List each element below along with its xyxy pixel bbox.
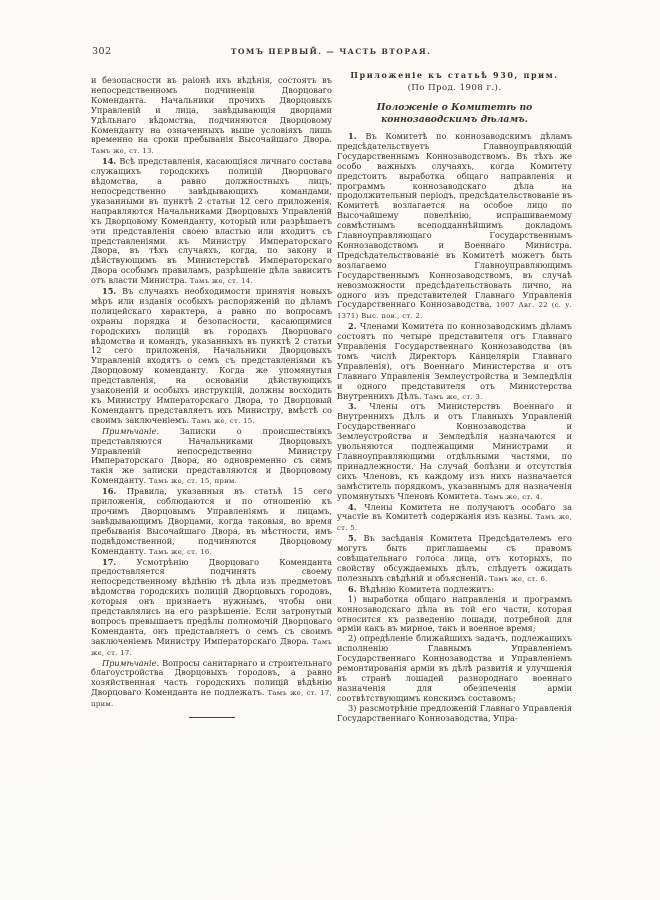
item-number: 1) <box>348 594 363 604</box>
statute-article-5: 5. Въ засѣданія Комитета Предсѣдателемъ … <box>337 534 572 585</box>
appendix-subheading: (По Прод. 1908 г.). <box>337 83 572 93</box>
article-number: 16. <box>102 486 127 496</box>
duty-item-1: 1) выработка общаго направленія и програ… <box>337 595 572 635</box>
statute-article-2: 2. Членами Комитета по коннозаводскимъ д… <box>337 322 572 402</box>
paragraph-text: выработка общаго направленія и программъ… <box>337 594 572 634</box>
paragraph-text: Въ случаяхъ необходимости принятія новых… <box>91 286 332 425</box>
note-to-article-17: Примѣчаніе. Вопросы санитарнаго и строит… <box>91 659 332 711</box>
item-number: 3) <box>348 703 359 713</box>
appendix-heading: Приложеніе къ статьѣ 930, прим. <box>337 70 572 81</box>
section-end-rule <box>189 717 235 718</box>
citation: Тамъ же, ст. 15. <box>189 417 255 425</box>
item-number: 2) <box>348 633 360 643</box>
paragraph-text: разсмотрѣніе предложеній Главнаго Управл… <box>337 703 572 723</box>
duty-item-2: 2) опредѣленіе ближайшихъ задачъ, подлеж… <box>337 634 572 703</box>
citation: Тамъ же, ст. 6. <box>486 575 547 583</box>
article-number: 2. <box>348 321 360 331</box>
article-17-paragraph: 17. Усмотрѣнію Дворцоваго Коменданта пре… <box>91 558 332 659</box>
left-column: и безопасности въ раіонѣ ихъ вѣдѣнія, со… <box>91 76 332 718</box>
article-number: 15. <box>102 286 122 296</box>
citation: Тамъ же, ст. 14. <box>187 277 253 285</box>
article-number: 4. <box>348 502 364 512</box>
article-number: 3. <box>348 401 369 411</box>
statute-article-3: 3. Члены отъ Министерствъ Военнаго и Вну… <box>337 402 572 502</box>
citation: Тамъ же, ст. 4. <box>482 493 543 501</box>
statute-title: Положеніе о Комитетѣ по коннозаводскимъ … <box>353 102 556 125</box>
right-column: Приложеніе къ статьѣ 930, прим. (По Прод… <box>337 70 572 723</box>
paragraph-text: Усмотрѣнію Дворцоваго Коменданта предост… <box>91 557 332 646</box>
scanned-book-page: 302 ТОМЪ ПЕРВЫЙ. — ЧАСТЬ ВТОРАЯ. и безоп… <box>0 0 660 900</box>
paragraph-text: опредѣленіе ближайшихъ задачъ, подлежащи… <box>337 633 572 702</box>
citation: Тамъ же, ст. 13. <box>91 147 154 155</box>
note-label: Примѣчаніе. <box>102 426 159 436</box>
citation: Тамъ же, ст. 3. <box>422 393 483 401</box>
article-number: 1. <box>348 131 366 141</box>
article-14-paragraph: 14. Всѣ представленія, касающіяся личнаг… <box>91 157 332 287</box>
running-head: 302 ТОМЪ ПЕРВЫЙ. — ЧАСТЬ ВТОРАЯ. <box>92 46 570 60</box>
paragraph-text: Въ Комитетѣ по коннозаводскимъ дѣламъ пр… <box>337 131 572 309</box>
duty-item-3: 3) разсмотрѣніе предложеній Главнаго Упр… <box>337 704 572 724</box>
paragraph-text: Вѣдѣнію Комитета подлежитъ: <box>360 584 495 594</box>
article-16-paragraph: 16. Правила, указанныя въ статьѣ 15 сего… <box>91 487 332 557</box>
article-15-paragraph: 15. Въ случаяхъ необходимости принятія н… <box>91 287 332 427</box>
paragraph-text: Всѣ представленія, касающіяся личнаго со… <box>91 156 332 285</box>
citation: Тамъ же, ст. 15, прим. <box>146 477 237 485</box>
paragraph-text: Членами Комитета по коннозаводскимъ дѣла… <box>337 321 572 400</box>
running-title: ТОМЪ ПЕРВЫЙ. — ЧАСТЬ ВТОРАЯ. <box>92 47 570 56</box>
article-number: 17. <box>102 557 137 567</box>
statute-article-1: 1. Въ Комитетѣ по коннозаводскимъ дѣламъ… <box>337 132 572 322</box>
paragraph-text: и безопасности въ раіонѣ ихъ вѣдѣнія, со… <box>91 75 332 144</box>
citation: Тамъ же, ст. 16. <box>146 548 212 556</box>
article-number: 6. <box>348 584 360 594</box>
paragraph-text: Правила, указанныя въ статьѣ 15 сего при… <box>91 486 332 555</box>
paragraph-text: Члены отъ Министерствъ Военнаго и Внутре… <box>337 401 572 500</box>
continuation-paragraph: и безопасности въ раіонѣ ихъ вѣдѣнія, со… <box>91 76 332 157</box>
statute-article-4: 4. Члены Комитета не получаютъ особаго з… <box>337 503 572 535</box>
article-number: 14. <box>102 156 119 166</box>
note-to-article-15: Примѣчаніе. Записки о происшествіяхъ пре… <box>91 427 332 487</box>
note-label: Примѣчаніе. <box>102 658 159 668</box>
article-number: 5. <box>348 533 363 543</box>
